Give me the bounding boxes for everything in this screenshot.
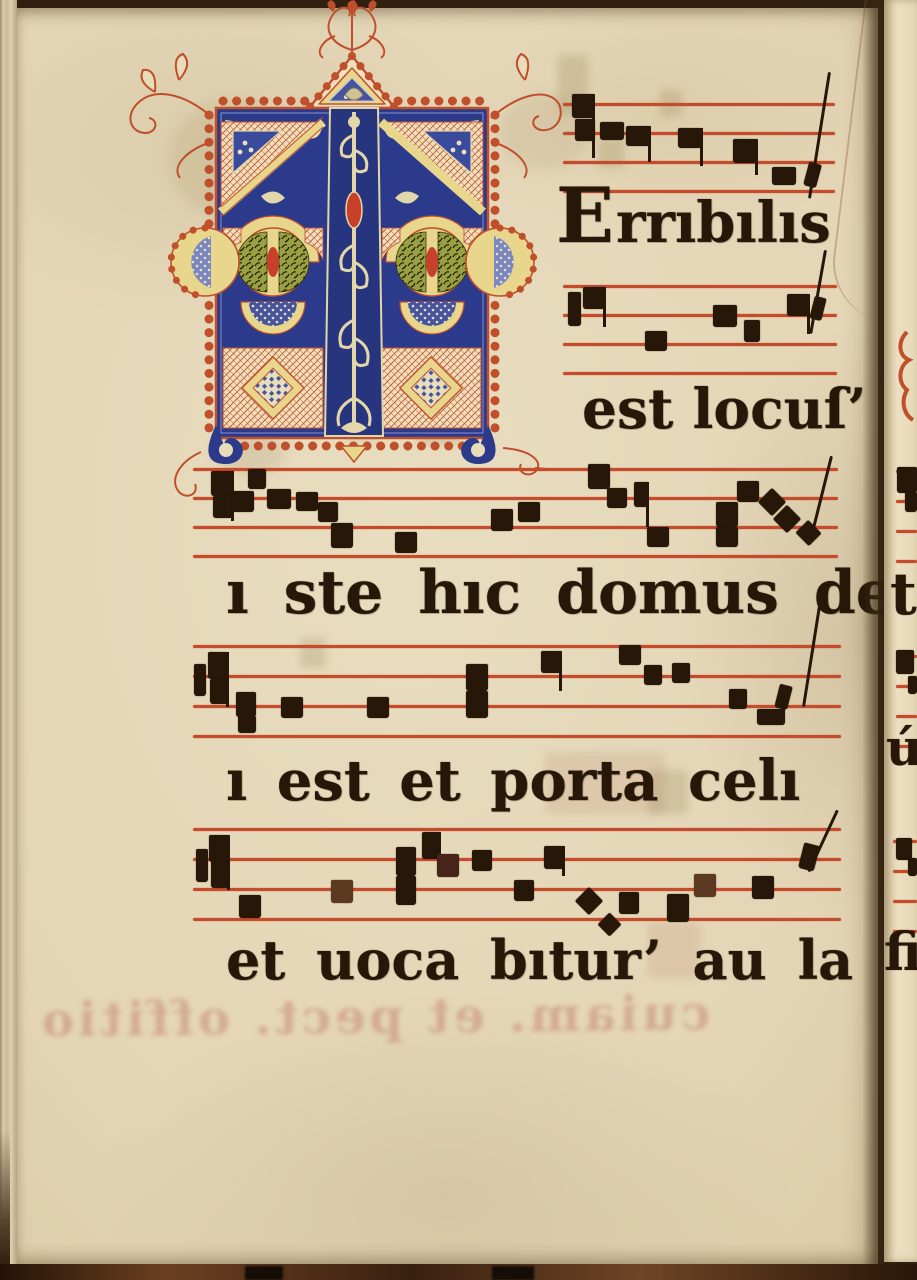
staff-1-line — [563, 161, 835, 164]
staff-5-line — [193, 918, 841, 921]
neume — [897, 467, 917, 493]
neume — [196, 849, 208, 882]
adjacent-page-text: t — [890, 560, 917, 628]
neume — [644, 665, 662, 685]
neume — [619, 645, 641, 665]
neume — [588, 464, 610, 489]
neume — [248, 469, 266, 489]
neume — [472, 850, 492, 871]
staff-3-line — [193, 468, 838, 471]
neume — [713, 305, 737, 327]
lyric-line-4: ı est et porta celı — [226, 748, 800, 814]
neume — [318, 502, 338, 522]
neume — [787, 294, 809, 316]
neume-stem — [559, 651, 562, 691]
neume — [757, 709, 785, 725]
neume — [331, 880, 353, 903]
neume — [607, 488, 627, 508]
neume — [518, 502, 540, 522]
staff-4-line — [193, 645, 841, 648]
stand-leg — [492, 1266, 534, 1280]
lyric-capital: E — [556, 171, 616, 260]
neume — [514, 880, 534, 901]
neume — [209, 835, 229, 862]
neume — [678, 128, 702, 148]
neume — [645, 331, 667, 351]
neume — [905, 492, 917, 512]
neume — [367, 697, 389, 718]
neume — [331, 523, 353, 548]
neume — [575, 119, 595, 141]
lyric-text: rrıbılıs — [616, 190, 831, 256]
neume — [395, 532, 417, 553]
neume — [572, 94, 594, 118]
neume — [213, 496, 233, 518]
initial-triangle — [307, 56, 397, 110]
lyric-line-3: ı ste hıc domus de — [226, 558, 894, 628]
neume — [541, 651, 561, 673]
staff-4-line — [193, 675, 841, 678]
neume — [281, 697, 303, 718]
neume — [716, 502, 738, 527]
staff-2-line — [563, 372, 837, 375]
neume — [647, 527, 669, 547]
staff-1-line — [563, 103, 835, 106]
neume — [733, 139, 757, 163]
adjacent-staff-line — [896, 530, 917, 533]
neume — [737, 481, 759, 502]
showthrough-text: cuiam. et pect. offitio — [230, 985, 711, 1046]
neume — [568, 292, 581, 326]
neume-stem — [755, 139, 758, 175]
neume — [672, 663, 690, 683]
staff-2-line — [563, 343, 837, 346]
neume — [296, 492, 318, 511]
neume-stem — [646, 482, 649, 527]
neume — [752, 876, 774, 899]
neume — [238, 716, 256, 733]
neume-stem — [700, 128, 703, 166]
neume — [908, 676, 917, 694]
neume — [667, 894, 689, 922]
adjacent-page-text: fic — [884, 922, 917, 983]
neume — [908, 858, 917, 876]
neume — [896, 838, 912, 860]
adjacent-staff-line — [893, 900, 917, 903]
neume — [716, 527, 738, 547]
neume — [211, 861, 229, 888]
staff-3-line — [193, 526, 838, 529]
page-stack-edge — [0, 0, 17, 1280]
neume — [466, 691, 488, 718]
neume — [772, 167, 796, 185]
photo-frame-bottom — [0, 1264, 917, 1280]
staff-5-line — [193, 858, 841, 861]
neume — [210, 679, 228, 704]
neume — [194, 664, 206, 696]
staff-4-line — [193, 735, 841, 738]
neume — [239, 895, 261, 918]
neume — [437, 854, 459, 877]
neume — [208, 652, 228, 679]
neume — [466, 664, 488, 691]
neume — [232, 491, 254, 512]
neume — [729, 689, 747, 709]
neume — [619, 892, 639, 914]
neume — [896, 650, 914, 674]
neume — [211, 471, 233, 496]
stand-leg — [245, 1266, 283, 1280]
lyric-line-5: et uoca bıtur’ au la — [226, 928, 853, 992]
manuscript-photo: Errıbılıs est locuſ’ ı ste hıc domus de … — [0, 0, 917, 1280]
staff-5-line — [193, 828, 841, 831]
initial-central-column — [325, 88, 383, 436]
adjacent-page-sliver — [884, 0, 917, 1262]
neume — [626, 126, 650, 146]
adjacent-page-rubric-penwork — [893, 330, 917, 422]
neume-stem — [562, 846, 565, 876]
neume — [491, 509, 513, 531]
neume — [694, 874, 716, 897]
neume — [744, 320, 760, 342]
lyric-line-1: Errıbılıs — [556, 188, 831, 256]
adjacent-page-text: ú — [886, 718, 917, 777]
neume — [236, 692, 256, 717]
illuminated-initial-T — [83, 0, 563, 515]
ink-showthrough-smudge — [300, 638, 326, 668]
neume-stem — [603, 287, 606, 327]
neume — [267, 489, 291, 509]
neume — [396, 847, 416, 876]
neume-stem — [648, 126, 651, 162]
photo-frame-top — [0, 0, 917, 12]
lyric-line-2: est locuſ’ — [582, 376, 866, 441]
neume — [396, 876, 416, 905]
neume — [583, 287, 605, 309]
neume — [544, 846, 564, 869]
neume — [600, 122, 624, 140]
